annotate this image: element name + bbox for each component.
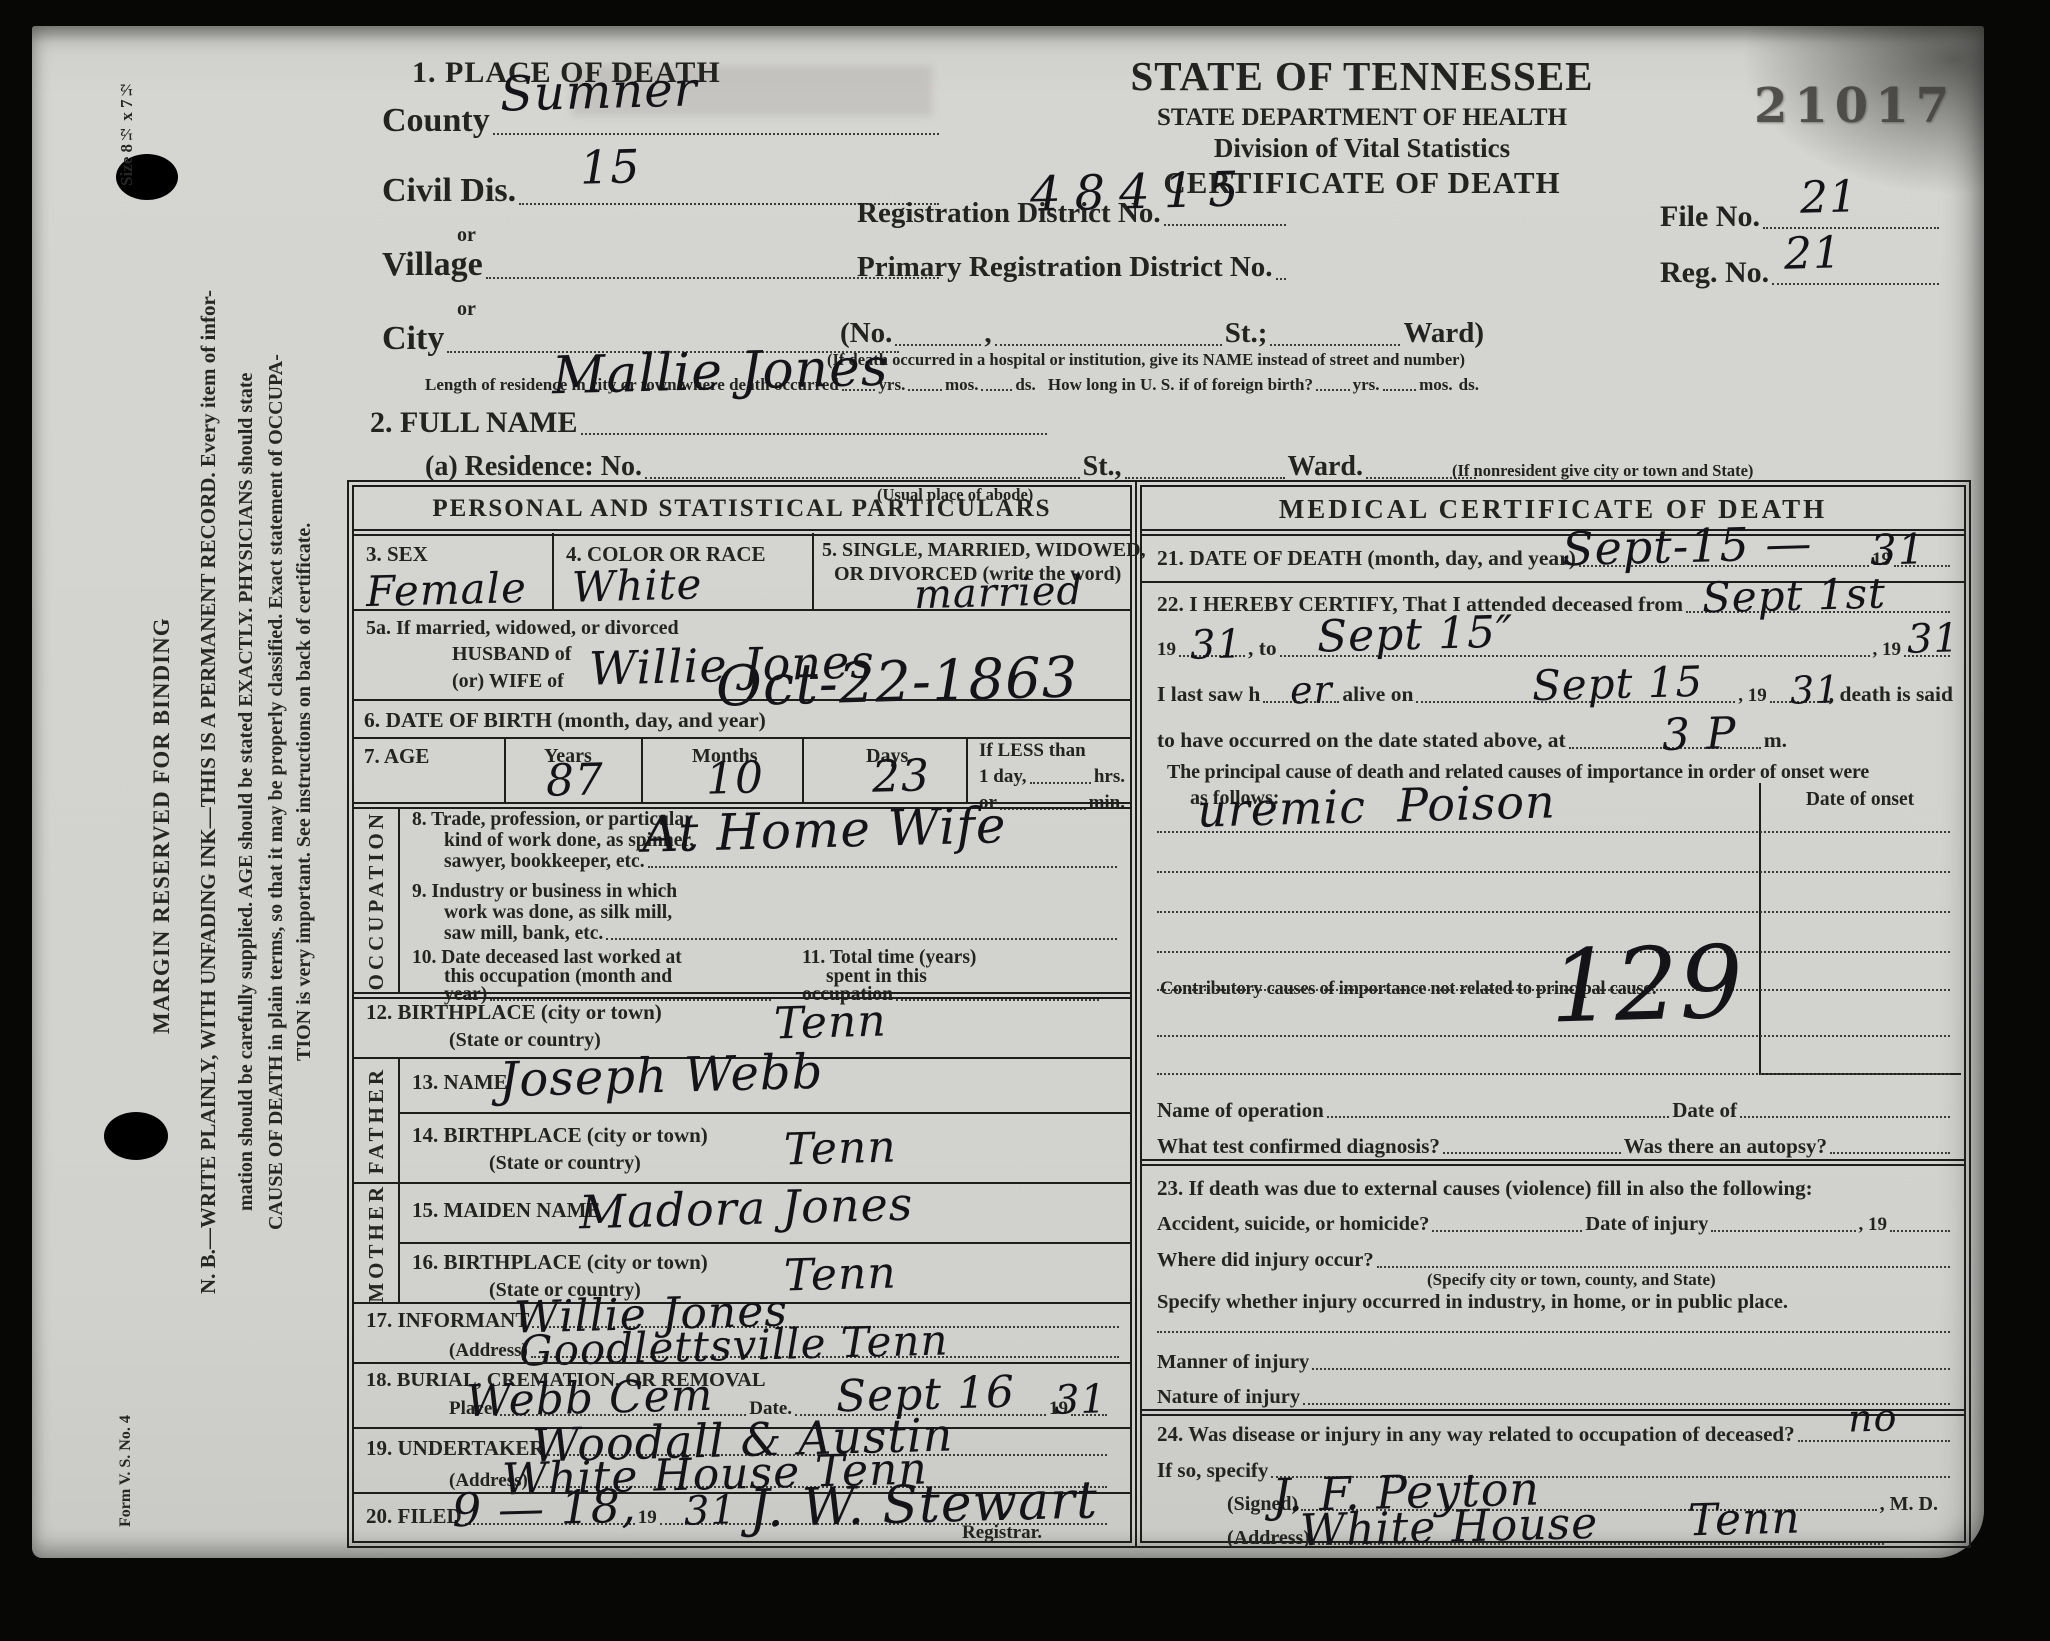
mother-side-label: MOTHER xyxy=(354,1184,400,1302)
industry-label-2: work was done, as silk mill, xyxy=(444,902,672,923)
nonresident-note: (If nonresident give city or town and St… xyxy=(1452,462,1753,480)
last-saw-label: I last saw h xyxy=(1157,683,1260,707)
to-year-value: 31 xyxy=(1906,618,1960,659)
last-saw-date-value: Sept 15 xyxy=(1531,661,1703,707)
where-injury-line xyxy=(1377,1266,1950,1268)
or-label-2: or xyxy=(457,298,476,320)
county-label: County xyxy=(382,102,490,139)
department-title: STATE DEPARTMENT OF HEALTH xyxy=(1112,104,1612,132)
cause-line xyxy=(1157,871,1950,873)
autopsy-label: Was there an autopsy? xyxy=(1624,1135,1827,1158)
rule xyxy=(354,737,1130,739)
father-side-text: FATHER xyxy=(364,1066,389,1174)
dod-year-value: 31 xyxy=(1869,528,1926,571)
cause-line xyxy=(1157,1073,1950,1075)
age-divider xyxy=(641,737,643,804)
saw-year-printed: , 19 xyxy=(1738,686,1767,707)
reg-no-label: Reg. No. xyxy=(1660,256,1769,289)
mother-name-label: 15. MAIDEN NAME xyxy=(412,1199,600,1222)
age-divider xyxy=(504,737,506,804)
industry-line xyxy=(606,938,1117,940)
from-year-value: 31 xyxy=(1189,624,1243,665)
mother-birthplace-label: 16. BIRTHPLACE (city or town) xyxy=(412,1251,708,1274)
full-name-row: 2. FULL NAME xyxy=(370,406,1050,439)
external-causes-label: 23. If death was due to external causes … xyxy=(1157,1177,1813,1200)
md-label: , M. D. xyxy=(1880,1493,1938,1515)
rule xyxy=(354,1362,1130,1364)
injury-line xyxy=(1157,1331,1950,1333)
margin-note-line2: mation should be carefully supplied. AGE… xyxy=(236,36,264,1548)
father-name-label: 13. NAME xyxy=(412,1071,508,1094)
age-days-value: 23 xyxy=(871,754,930,800)
rule xyxy=(1142,1409,1964,1416)
filed-year-printed: 19 xyxy=(638,1508,657,1529)
certificate-paper: Size 8½ x 7½ Form V. S. No. 4 MARGIN RES… xyxy=(32,26,1984,1558)
medical-certificate-panel: MEDICAL CERTIFICATE OF DEATH 21. DATE OF… xyxy=(1140,485,1966,1543)
date-of-death-value: Sept-15 — xyxy=(1561,520,1812,573)
nature-label: Nature of injury xyxy=(1157,1386,1300,1409)
father-birthplace-state-label: (State or country) xyxy=(489,1152,641,1174)
personal-particulars-panel: PERSONAL AND STATISTICAL PARTICULARS 3. … xyxy=(352,485,1132,1543)
personal-title-row: PERSONAL AND STATISTICAL PARTICULARS xyxy=(354,495,1130,523)
county-value: Sumner xyxy=(499,65,698,118)
race-value: White xyxy=(571,563,702,608)
manner-label: Manner of injury xyxy=(1157,1351,1309,1374)
hospital-note: (If death occurred in a hospital or inst… xyxy=(827,351,1465,369)
industry-label-3: saw mill, bank, etc. xyxy=(444,923,603,944)
rule xyxy=(1142,1159,1964,1166)
trade-value: At Home Wife xyxy=(641,800,1007,860)
accident-label: Accident, suicide, or homicide? xyxy=(1157,1213,1429,1236)
residence-st-label: St., xyxy=(1083,452,1122,483)
mos2-label: mos. xyxy=(1419,376,1453,395)
operation-row: Name of operationDate of xyxy=(1157,1099,1953,1122)
date-of-onset-box xyxy=(1759,783,1961,1075)
death-is-said-label: , death is said xyxy=(1829,683,1953,707)
if-less-label: If LESS than xyxy=(979,741,1086,762)
marital-label-1: 5. SINGLE, MARRIED, WIDOWED, xyxy=(822,539,1146,561)
margin-form-number: Form V. S. No. 4 xyxy=(118,1386,144,1556)
primary-registration-label: Primary Registration District No. xyxy=(857,252,1273,284)
ward-paren-label: Ward) xyxy=(1403,318,1484,350)
reg-no-line xyxy=(1772,283,1939,285)
primary-registration-row: Primary Registration District No. xyxy=(857,252,1289,284)
county-line xyxy=(493,133,939,135)
test-label: What test confirmed diagnosis? xyxy=(1157,1135,1440,1158)
yrs2-label: yrs. xyxy=(1353,376,1380,395)
margin-note-line1: N. B.—WRITE PLAINLY, WITH UNFADING INK—T… xyxy=(198,36,228,1548)
specify-city-note: (Specify city or town, county, and State… xyxy=(1427,1271,1716,1290)
injury-date-label: Date of injury xyxy=(1585,1213,1708,1236)
physician-address-value: White House Tenn xyxy=(1300,1496,1802,1553)
dob-label: 6. DATE OF BIRTH (month, day, and year) xyxy=(364,709,766,733)
cell-divider xyxy=(552,533,554,609)
contributory-value: 129 xyxy=(1549,932,1745,1037)
trade-line xyxy=(648,866,1117,868)
if-so-label: If so, specify xyxy=(1157,1459,1268,1482)
injury-19-label: , 19 xyxy=(1859,1215,1888,1236)
registration-district-line xyxy=(1164,224,1286,226)
residence-row: (a) Residence: No.St.,Ward. xyxy=(425,452,1479,483)
file-number-stamp: 21017 xyxy=(1754,78,1956,134)
village-label: Village xyxy=(382,246,483,283)
birthplace-value: Tenn xyxy=(773,1000,887,1047)
civil-district-value: 15 xyxy=(579,143,641,191)
married-widowed-label: 5a. If married, widowed, or divorced xyxy=(366,617,679,639)
cause-line xyxy=(1157,911,1950,913)
operation-label: Name of operation xyxy=(1157,1099,1324,1122)
residence-st-line xyxy=(1125,477,1285,479)
registrar-signature: J. W. Stewart xyxy=(748,1474,1098,1535)
sex-label: 3. SEX xyxy=(366,543,428,566)
age-years-value: 87 xyxy=(545,758,604,804)
occurred-time-value: 3 P xyxy=(1661,712,1737,758)
test-line xyxy=(1443,1152,1621,1154)
division-title: Division of Vital Statistics xyxy=(1112,134,1612,164)
accident-row: Accident, suicide, or homicide?Date of i… xyxy=(1157,1213,1953,1236)
father-birthplace-label: 14. BIRTHPLACE (city or town) xyxy=(412,1124,708,1147)
attended-from-value: Sept 1st xyxy=(1701,573,1886,620)
informant-address-label: (Address) xyxy=(449,1341,528,1362)
age-months-value: 10 xyxy=(705,756,764,802)
ds2-label: ds. xyxy=(1459,376,1479,395)
principal-cause-value: uremic Poison xyxy=(1196,778,1556,833)
attended-to-value: Sept 15″ xyxy=(1316,610,1514,659)
full-name-label: 2. FULL NAME xyxy=(370,406,578,439)
operation-date-line xyxy=(1740,1116,1950,1118)
age-divider xyxy=(802,737,804,804)
filed-year-value: 31 xyxy=(683,1490,737,1531)
husband-of-label: HUSBAND of xyxy=(452,643,571,665)
mother-name-value: Madora Jones xyxy=(578,1181,913,1236)
mos-label: mos. xyxy=(945,376,979,395)
sex-value: Female xyxy=(365,567,527,613)
registrar-label: Registrar. xyxy=(962,1523,1042,1544)
rule xyxy=(354,529,1130,536)
scanned-death-certificate: { "margin": { "size": "Size 8½ x 7½", "f… xyxy=(0,0,2050,1641)
where-injury-label: Where did injury occur? xyxy=(1157,1249,1374,1272)
street-ward-row: (No.,St.;Ward) xyxy=(840,318,1484,350)
rule xyxy=(354,609,1130,611)
margin-binding-note: MARGIN RESERVED FOR BINDING xyxy=(150,531,182,1121)
residence-label: (a) Residence: No. xyxy=(425,452,642,483)
ward-line xyxy=(1270,344,1400,346)
birthplace-label: 12. BIRTHPLACE (city or town) xyxy=(366,1001,662,1024)
age-label: 7. AGE xyxy=(364,745,429,768)
occupation-side-label: OCCUPATION xyxy=(354,809,400,992)
ds-label: ds. xyxy=(1015,376,1035,395)
burial-year-value: 31 xyxy=(1053,1379,1107,1420)
if-less-hrs-row: 1 day,hrs. xyxy=(979,767,1125,788)
len-line-3 xyxy=(981,389,1012,391)
mother-side-text: MOTHER xyxy=(364,1183,389,1303)
mother-birthplace-value: Tenn xyxy=(783,1252,897,1299)
informant-address-value: Goodlettsville Tenn xyxy=(519,1319,949,1372)
margin-note-line4: TION is very important. See instructions… xyxy=(294,36,322,1548)
alive-on-label: alive on xyxy=(1342,683,1413,707)
filed-date-value: 9 — 18, xyxy=(451,1483,637,1534)
rule xyxy=(400,1112,1130,1114)
city-label: City xyxy=(382,320,444,357)
registration-district-value: 48415 xyxy=(1029,165,1253,219)
state-title: STATE OF TENNESSEE xyxy=(1112,54,1612,99)
occurred-label: to have occurred on the date stated abov… xyxy=(1157,729,1566,753)
rule xyxy=(400,1242,1130,1244)
manner-row: Manner of injury xyxy=(1157,1351,1953,1374)
margin-note-line3: CAUSE OF DEATH in plain terms, so that i… xyxy=(266,36,294,1548)
dob-value: Oct-22-1863 xyxy=(715,650,1079,715)
saw-year-value: 31 xyxy=(1790,670,1841,709)
injury-date-line xyxy=(1711,1230,1855,1232)
cell-divider xyxy=(812,533,814,609)
date-of-death-label: 21. DATE OF DEATH (month, day, and year) xyxy=(1157,547,1576,571)
medical-title-row: MEDICAL CERTIFICATE OF DEATH xyxy=(1142,495,1964,525)
father-name-value: Joseph Webb xyxy=(498,1048,824,1104)
autopsy-line xyxy=(1830,1152,1950,1154)
age-divider xyxy=(966,737,968,804)
len-line-2 xyxy=(908,389,942,391)
hrs-line xyxy=(1030,782,1091,784)
saw-er-value: er xyxy=(1290,670,1334,709)
wife-of-label: (or) WIFE of xyxy=(452,670,564,692)
file-no-value: 21 xyxy=(1799,175,1858,221)
from-year-printed: 19 xyxy=(1157,640,1176,661)
injury-year-line xyxy=(1890,1230,1950,1232)
to-label: , to xyxy=(1248,637,1277,661)
len-line-4 xyxy=(1316,389,1350,391)
no-line xyxy=(895,344,981,346)
operation-line xyxy=(1327,1116,1669,1118)
foreign-birth-label: How long in U. S. if of foreign birth? xyxy=(1048,376,1313,395)
civil-district-label: Civil Dis. xyxy=(382,172,516,209)
occurred-m-label: m. xyxy=(1764,729,1787,753)
industry-label-1: 9. Industry or business in which xyxy=(412,881,677,902)
reg-no-value: 21 xyxy=(1783,231,1842,277)
physician-address-label: (Address) xyxy=(1227,1527,1310,1549)
informant-label: 17. INFORMANT xyxy=(366,1309,529,1332)
date-of-death-row: 21. DATE OF DEATH (month, day, and year)… xyxy=(1157,547,1953,571)
filed-label: 20. FILED xyxy=(366,1505,462,1528)
occupation-related-line xyxy=(1798,1440,1950,1442)
len-line-5 xyxy=(1383,389,1417,391)
full-name-value: Mallie Jones xyxy=(551,342,889,403)
occupation-side-text: OCCUPATION xyxy=(364,810,389,990)
manner-line xyxy=(1312,1368,1950,1370)
one-day-label: 1 day, xyxy=(979,767,1027,788)
occupation-related-value: no xyxy=(1848,1398,1898,1437)
specify-whether-label: Specify whether injury occurred in indus… xyxy=(1157,1291,1788,1314)
trade-label-3: sawyer, bookkeeper, etc. xyxy=(444,851,645,872)
birthplace-state-label: (State or country) xyxy=(449,1029,601,1051)
date-of-label: Date of xyxy=(1672,1099,1737,1122)
rule xyxy=(1142,529,1964,536)
margin-size-note: Size 8½ x 7½ xyxy=(118,48,144,218)
attended-to-row: 19, to, 19 xyxy=(1157,637,1953,661)
industry-label-3-row: saw mill, bank, etc. xyxy=(444,923,1120,944)
cause-line xyxy=(1157,1035,1950,1037)
comma: , xyxy=(984,318,991,350)
occupation-related-row: 24. Was disease or injury in any way rel… xyxy=(1157,1423,1953,1446)
occupation-related-label: 24. Was disease or injury in any way rel… xyxy=(1157,1423,1795,1446)
full-name-line xyxy=(581,433,1047,435)
father-side-label: FATHER xyxy=(354,1059,400,1182)
total-time-line xyxy=(896,999,1099,1001)
hrs-label: hrs. xyxy=(1094,767,1125,788)
accident-line xyxy=(1432,1230,1582,1232)
cause-line xyxy=(1157,831,1950,833)
residence-ward-label: Ward. xyxy=(1288,452,1363,483)
file-no-label: File No. xyxy=(1660,200,1760,233)
to-year-printed: , 19 xyxy=(1873,640,1902,661)
st-label: St.; xyxy=(1225,318,1268,350)
test-row: What test confirmed diagnosis?Was there … xyxy=(1157,1135,1953,1158)
where-injury-row: Where did injury occur? xyxy=(1157,1249,1953,1272)
residence-no-line xyxy=(645,477,1080,479)
father-birthplace-value: Tenn xyxy=(783,1126,897,1173)
rule xyxy=(354,992,1130,999)
street-line xyxy=(995,344,1222,346)
nature-row: Nature of injury xyxy=(1157,1386,1953,1409)
date-of-onset-label: Date of onset xyxy=(1759,789,1961,810)
primary-registration-line xyxy=(1276,278,1286,280)
personal-title: PERSONAL AND STATISTICAL PARTICULARS xyxy=(432,495,1051,523)
or-label-1: or xyxy=(457,224,476,246)
